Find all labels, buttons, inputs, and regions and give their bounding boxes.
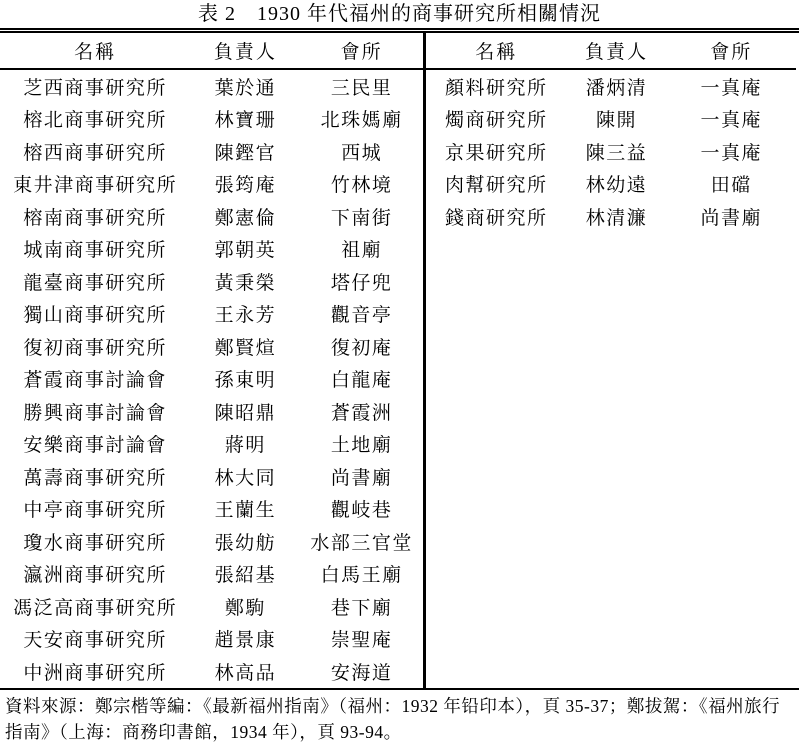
org-name-cell: 復初商事研究所: [0, 330, 190, 363]
person-cell: 張筠庵: [190, 168, 300, 201]
venue-cell: 西城: [300, 135, 423, 168]
org-name-cell: 東井津商事研究所: [0, 168, 190, 201]
venue-cell: 祖廟: [300, 233, 423, 266]
table-row: 獨山商事研究所王永芳觀音亭: [0, 298, 423, 331]
table-row: 安樂商事討論會蔣明土地廟: [0, 428, 423, 461]
venue-cell: 崇聖庵: [300, 623, 423, 656]
table-row: 榕西商事研究所陳鏗官西城: [0, 135, 423, 168]
venue-cell: 安海道: [300, 655, 423, 688]
table-row: 東井津商事研究所張筠庵竹林境: [0, 168, 423, 201]
column-header-venue: 會所: [300, 33, 423, 69]
table-title: 表 2 1930 年代福州的商事研究所相關情況: [0, 0, 799, 28]
table-row: 肉幫研究所林幼遠田礑: [426, 168, 796, 201]
org-name-cell: 瓊水商事研究所: [0, 525, 190, 558]
venue-cell: 北珠媽廟: [300, 103, 423, 136]
person-cell: 林寶珊: [190, 103, 300, 136]
venue-cell: 觀音亭: [300, 298, 423, 331]
venue-cell: 復初庵: [300, 330, 423, 363]
right-table-panel: 名稱 負責人 會所 顏料研究所潘炳清一真庵燭商研究所陳開一真庵京果研究所陳三益一…: [426, 33, 796, 688]
org-name-cell: 榕北商事研究所: [0, 103, 190, 136]
venue-cell: 白龍庵: [300, 363, 423, 396]
header-row: 名稱 負責人 會所: [426, 33, 796, 69]
org-name-cell: 榕南商事研究所: [0, 200, 190, 233]
table-row: 中洲商事研究所林高品安海道: [0, 655, 423, 688]
person-cell: 鄭賢煊: [190, 330, 300, 363]
table-2: 名稱 負責人 會所 芝西商事研究所葉於通三民里榕北商事研究所林寶珊北珠媽廟榕西商…: [0, 28, 799, 690]
table-row: 錢商研究所林清濂尚書廟: [426, 200, 796, 233]
person-cell: 王永芳: [190, 298, 300, 331]
org-name-cell: 燭商研究所: [426, 103, 567, 136]
table-row: 城南商事研究所郭朝英祖廟: [0, 233, 423, 266]
person-cell: 王蘭生: [190, 493, 300, 526]
org-name-cell: 天安商事研究所: [0, 623, 190, 656]
source-note: 資料來源：鄭宗楷等編：《最新福州指南》（福州：1932 年铅印本），頁 35-3…: [0, 690, 799, 745]
venue-cell: 塔仔兜: [300, 265, 423, 298]
column-header-person: 負責人: [190, 33, 300, 69]
person-cell: 張紹基: [190, 558, 300, 591]
left-table-panel: 名稱 負責人 會所 芝西商事研究所葉於通三民里榕北商事研究所林寶珊北珠媽廟榕西商…: [0, 33, 426, 688]
table-row: 龍臺商事研究所黃秉榮塔仔兜: [0, 265, 423, 298]
venue-cell: 尚書廟: [300, 460, 423, 493]
person-cell: 蔣明: [190, 428, 300, 461]
right-table-header: 名稱 負責人 會所: [426, 33, 796, 69]
table-row: 蒼霞商事討論會孫東明白龍庵: [0, 363, 423, 396]
org-name-cell: 馮泛高商事研究所: [0, 590, 190, 623]
org-name-cell: 顏料研究所: [426, 69, 567, 103]
person-cell: 陳三益: [567, 135, 667, 168]
org-name-cell: 獨山商事研究所: [0, 298, 190, 331]
table-row: 萬壽商事研究所林大同尚書廟: [0, 460, 423, 493]
table-row: 京果研究所陳三益一真庵: [426, 135, 796, 168]
venue-cell: 竹林境: [300, 168, 423, 201]
left-table-body: 芝西商事研究所葉於通三民里榕北商事研究所林寶珊北珠媽廟榕西商事研究所陳鏗官西城東…: [0, 69, 423, 688]
org-name-cell: 中洲商事研究所: [0, 655, 190, 688]
org-name-cell: 城南商事研究所: [0, 233, 190, 266]
left-table: 名稱 負責人 會所 芝西商事研究所葉於通三民里榕北商事研究所林寶珊北珠媽廟榕西商…: [0, 33, 423, 688]
org-name-cell: 勝興商事討論會: [0, 395, 190, 428]
org-name-cell: 萬壽商事研究所: [0, 460, 190, 493]
person-cell: 林幼遠: [567, 168, 667, 201]
table-row: 天安商事研究所趙景康崇聖庵: [0, 623, 423, 656]
left-table-header: 名稱 負責人 會所: [0, 33, 423, 69]
org-name-cell: 瀛洲商事研究所: [0, 558, 190, 591]
venue-cell: 一真庵: [666, 103, 796, 136]
table-row: 瀛洲商事研究所張紹基白馬王廟: [0, 558, 423, 591]
org-name-cell: 安樂商事討論會: [0, 428, 190, 461]
page: 表 2 1930 年代福州的商事研究所相關情況 名稱 負責人 會所 芝西商事研究…: [0, 0, 799, 747]
person-cell: 陳鏗官: [190, 135, 300, 168]
venue-cell: 一真庵: [666, 135, 796, 168]
person-cell: 陳開: [567, 103, 667, 136]
table-row: 中亭商事研究所王蘭生觀岐巷: [0, 493, 423, 526]
column-header-venue: 會所: [666, 33, 796, 69]
venue-cell: 三民里: [300, 69, 423, 103]
person-cell: 張幼舫: [190, 525, 300, 558]
person-cell: 孫東明: [190, 363, 300, 396]
column-header-name: 名稱: [0, 33, 190, 69]
table-row: 榕北商事研究所林寶珊北珠媽廟: [0, 103, 423, 136]
right-table-body: 顏料研究所潘炳清一真庵燭商研究所陳開一真庵京果研究所陳三益一真庵肉幫研究所林幼遠…: [426, 69, 796, 233]
table-row: 勝興商事討論會陳昭鼎蒼霞洲: [0, 395, 423, 428]
table-row: 燭商研究所陳開一真庵: [426, 103, 796, 136]
person-cell: 陳昭鼎: [190, 395, 300, 428]
person-cell: 林高品: [190, 655, 300, 688]
venue-cell: 水部三官堂: [300, 525, 423, 558]
person-cell: 黃秉榮: [190, 265, 300, 298]
person-cell: 郭朝英: [190, 233, 300, 266]
right-table: 名稱 負責人 會所 顏料研究所潘炳清一真庵燭商研究所陳開一真庵京果研究所陳三益一…: [426, 33, 796, 233]
org-name-cell: 肉幫研究所: [426, 168, 567, 201]
person-cell: 趙景康: [190, 623, 300, 656]
venue-cell: 下南街: [300, 200, 423, 233]
venue-cell: 白馬王廟: [300, 558, 423, 591]
org-name-cell: 芝西商事研究所: [0, 69, 190, 103]
person-cell: 葉於通: [190, 69, 300, 103]
venue-cell: 一真庵: [666, 69, 796, 103]
org-name-cell: 中亭商事研究所: [0, 493, 190, 526]
table-row: 榕南商事研究所鄭憲倫下南街: [0, 200, 423, 233]
table-row: 顏料研究所潘炳清一真庵: [426, 69, 796, 103]
person-cell: 林大同: [190, 460, 300, 493]
venue-cell: 蒼霞洲: [300, 395, 423, 428]
venue-cell: 觀岐巷: [300, 493, 423, 526]
person-cell: 鄭駒: [190, 590, 300, 623]
header-row: 名稱 負責人 會所: [0, 33, 423, 69]
org-name-cell: 龍臺商事研究所: [0, 265, 190, 298]
org-name-cell: 榕西商事研究所: [0, 135, 190, 168]
table-row: 復初商事研究所鄭賢煊復初庵: [0, 330, 423, 363]
venue-cell: 田礑: [666, 168, 796, 201]
venue-cell: 巷下廟: [300, 590, 423, 623]
org-name-cell: 京果研究所: [426, 135, 567, 168]
org-name-cell: 錢商研究所: [426, 200, 567, 233]
column-header-name: 名稱: [426, 33, 567, 69]
table-row: 瓊水商事研究所張幼舫水部三官堂: [0, 525, 423, 558]
person-cell: 潘炳清: [567, 69, 667, 103]
person-cell: 林清濂: [567, 200, 667, 233]
venue-cell: 土地廟: [300, 428, 423, 461]
table-row: 芝西商事研究所葉於通三民里: [0, 69, 423, 103]
org-name-cell: 蒼霞商事討論會: [0, 363, 190, 396]
table-row: 馮泛高商事研究所鄭駒巷下廟: [0, 590, 423, 623]
column-header-person: 負責人: [567, 33, 667, 69]
person-cell: 鄭憲倫: [190, 200, 300, 233]
venue-cell: 尚書廟: [666, 200, 796, 233]
